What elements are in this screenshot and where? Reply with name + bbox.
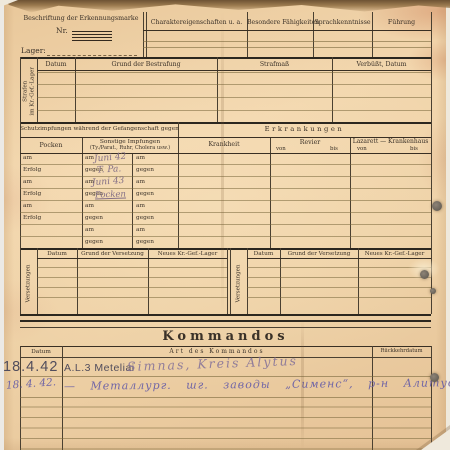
col-header-revier: Revier (270, 139, 350, 146)
transfers-side-label-right: Versetzungen (235, 254, 242, 314)
rule-h (20, 327, 431, 328)
col-header-grund-bestrafung: Grund der Bestrafung (75, 61, 217, 68)
col-header-neues-lager: Neues Kr.-Gef.-Lager (148, 251, 227, 257)
lazarett-von-label: von (357, 146, 367, 152)
rule-h (143, 41, 431, 42)
entry-1-date-stamp: 18.4.42 (3, 359, 58, 375)
rule-v (431, 57, 432, 122)
col-header-sonstige-2: (Ty./Parat., Ruhr, Cholera usw.) (82, 146, 178, 152)
row-label: am (136, 179, 145, 186)
handwriting-vaccination-against-1: T. Pa. (97, 164, 122, 175)
punch-hole (420, 270, 429, 279)
row-label: Erfolg (23, 191, 41, 198)
handwriting-vaccination-against-2: Pocken (95, 189, 126, 200)
row-label: am (23, 179, 32, 186)
empty-ruled-rows (20, 397, 431, 450)
entry-1-unit-stamp: A.L.3 Meteliai (64, 362, 135, 374)
row-label: gegen (136, 167, 154, 174)
row-label: gegen (85, 215, 103, 222)
col-header-faehigkeiten: Besondere Fähigkeiten (247, 19, 313, 26)
rule-v (230, 248, 231, 314)
col-header-lazarett: Lazarett — Krankenhaus (350, 139, 431, 146)
row-label: am (136, 155, 145, 162)
rule-h (143, 30, 431, 31)
col-header-sprachen: Sprachkenntnisse (313, 19, 372, 26)
row-label: gegen (136, 215, 154, 222)
col-header-datum: Datum (247, 251, 280, 258)
revier-von-label: von (276, 146, 286, 152)
rule-v (431, 122, 432, 249)
col-header-grund-versetzung: Grund der Versetzung (77, 251, 148, 257)
row-label: am (85, 203, 94, 210)
lager-label: Lager: (21, 47, 46, 56)
row-label: am (85, 155, 94, 162)
rule-v (20, 248, 21, 314)
scan-edge-left (0, 0, 4, 450)
punch-hole (430, 288, 436, 294)
row-label: am (136, 227, 145, 234)
col-header-strafmass: Strafmaß (217, 61, 332, 68)
empty-ruled-rows (37, 72, 431, 122)
col-header-neues-lager: Neues Kr.-Gef.-Lager (358, 251, 431, 257)
rule-h (143, 47, 431, 48)
rule-v (143, 12, 144, 57)
col-header-pocken: Pocken (20, 142, 82, 149)
row-label: gegen (85, 239, 103, 246)
row-label: Erfolg (23, 215, 41, 222)
rule-v (20, 57, 21, 122)
rule-h (20, 346, 431, 347)
col-header-grund-versetzung: Grund der Versetzung (280, 251, 358, 257)
nr-label: Nr. (56, 27, 68, 36)
row-label: am (85, 227, 94, 234)
rule-h (20, 320, 431, 322)
vertical-crease (301, 318, 304, 450)
punch-hole (432, 201, 442, 211)
marking-label: Beschriftung der Erkennungsmarke (22, 15, 140, 22)
kommandos-title: Kommandos (20, 330, 431, 345)
side-label-line1: Strafen (23, 81, 29, 102)
col-header-datum: Datum (20, 349, 62, 356)
lager-blank-line (47, 48, 137, 56)
punch-hole (430, 373, 439, 382)
row-label: gegen (136, 239, 154, 246)
punishments-side-label: Strafen im Kr.-Gef.-Lager (23, 60, 38, 122)
col-header-rueckkehrdatum: Rückkehrdatum (372, 349, 431, 355)
row-label: am (136, 203, 145, 210)
col-header-charakter: Charaktereigenschaften u. a. (146, 19, 247, 26)
transfers-side-label-left: Versetzungen (25, 254, 32, 314)
col-header-datum: Datum (37, 61, 75, 68)
empty-ruled-rows (247, 258, 431, 307)
side-label-line2: im Kr.-Gef.-Lager (30, 67, 36, 116)
col-header-fuehrung: Führung (372, 19, 431, 26)
empty-ruled-rows (20, 153, 431, 249)
rule-h (20, 122, 431, 124)
row-label: am (23, 203, 32, 210)
rule-v (431, 346, 432, 450)
revier-bis-label: bis (330, 146, 338, 152)
rule-h (20, 314, 431, 316)
row-label: gegen (136, 191, 154, 198)
vertical-crease (221, 12, 224, 312)
row-label: Erfolg (23, 167, 41, 174)
col-header-verbuesst: Verbüßt, Datum (332, 61, 431, 68)
illnesses-title: Erkrankungen (178, 126, 431, 134)
vaccinations-title: Schutzimpfungen während der Gefangenscha… (20, 126, 178, 133)
col-header-krankheit: Krankheit (178, 141, 270, 148)
scanned-pow-card: Beschriftung der Erkennungsmarke Nr. Lag… (0, 0, 450, 450)
rule-h (20, 57, 431, 59)
rule-v (227, 248, 228, 314)
nr-blank-lines (72, 29, 112, 41)
lazarett-bis-label: bis (410, 146, 418, 152)
col-header-datum: Datum (37, 251, 77, 258)
empty-ruled-rows (37, 258, 227, 307)
row-label: am (23, 155, 32, 162)
rule-v (431, 12, 432, 57)
